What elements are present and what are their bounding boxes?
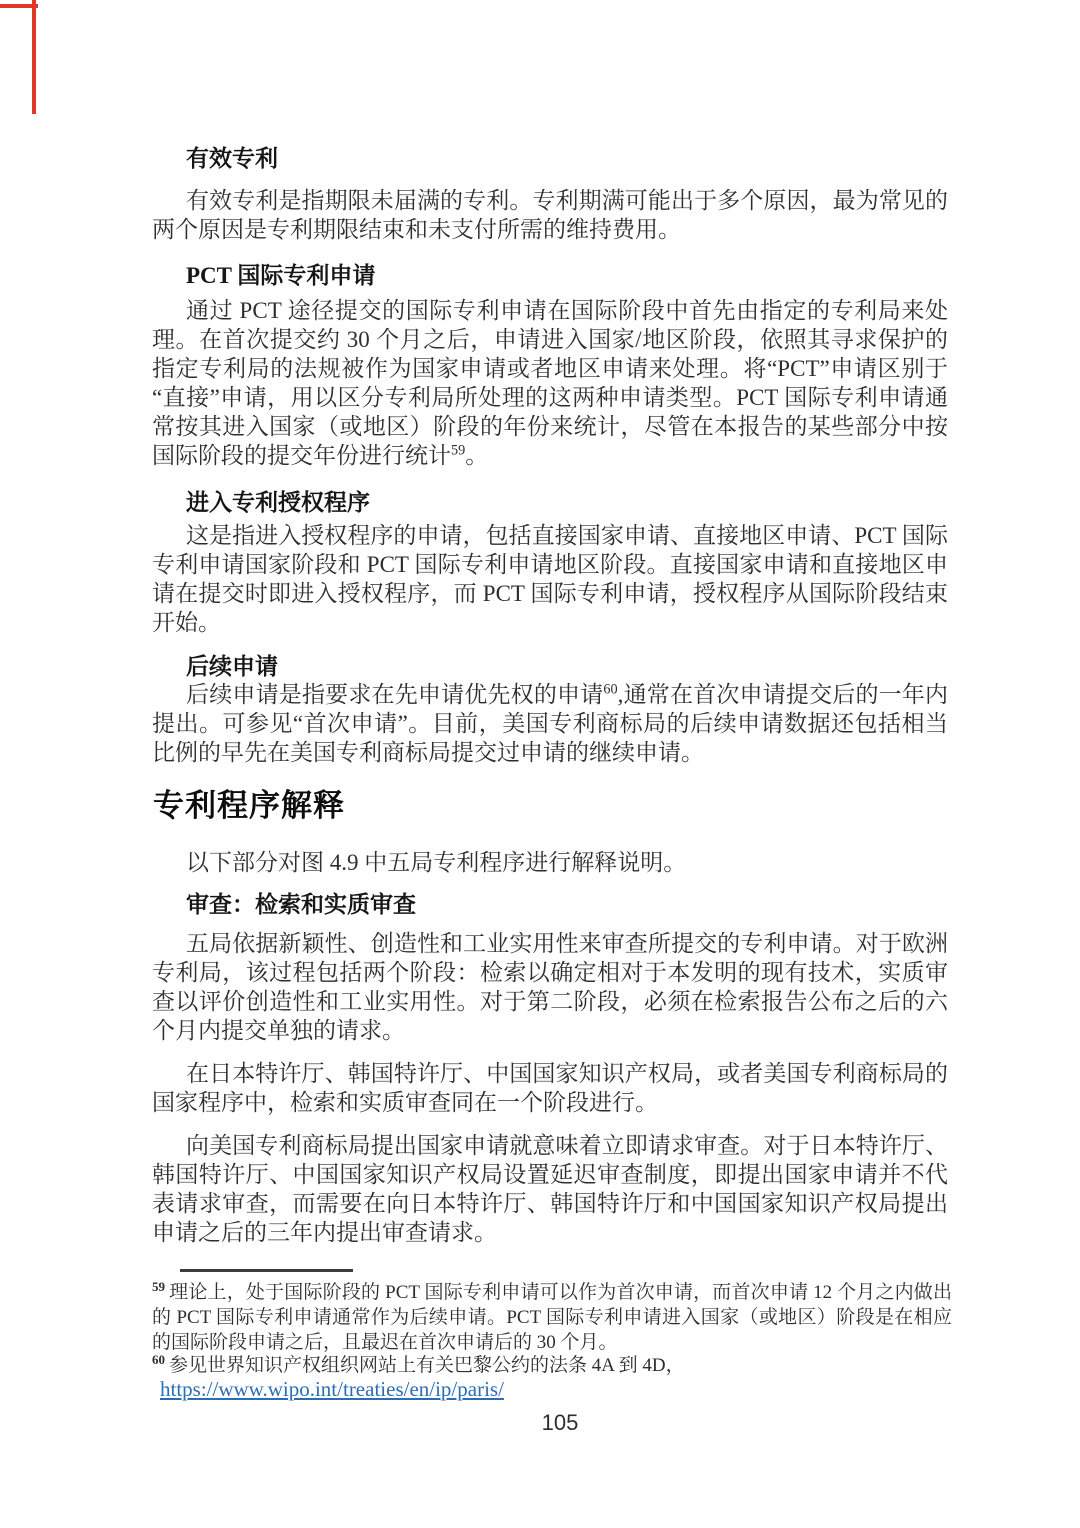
pct-text: 通过 PCT 途径提交的国际专利申请在国际阶段中首先由指定的专利局来处理。在首次… <box>152 298 948 468</box>
red-corner-mark-vertical <box>32 0 36 114</box>
footnote-60-text: 参见世界知识产权组织网站上有关巴黎公约的法条 4A 到 4D， <box>169 1355 685 1376</box>
footnote-separator <box>180 1269 353 1272</box>
paragraph-subsequent-applications: 后续申请是指要求在先申请优先权的申请60,通常在首次申请提交后的一年内提出。可参… <box>152 680 948 767</box>
paragraph-examination-1: 五局依据新颖性、创造性和工业实用性来审查所提交的专利申请。对于欧洲专利局，该过程… <box>152 929 948 1045</box>
footnote-ref-59: 59 <box>451 442 465 458</box>
heading-pct-applications: PCT 国际专利申请 <box>186 261 375 290</box>
footnote-59-marker: 59 <box>152 1279 169 1294</box>
heading-valid-patents: 有效专利 <box>186 144 278 173</box>
footnote-ref-60: 60 <box>603 681 617 697</box>
heading-grant-procedure: 进入专利授权程序 <box>186 488 370 517</box>
paragraph-pct-applications: 通过 PCT 途径提交的国际专利申请在国际阶段中首先由指定的专利局来处理。在首次… <box>152 296 948 470</box>
page-number: 105 <box>152 1410 968 1436</box>
paragraph-examination-2: 在日本特许厅、韩国特许厅、中国国家知识产权局，或者美国专利商标局的国家程序中，检… <box>152 1059 948 1117</box>
paragraph-grant-procedure: 这是指进入授权程序的申请，包括直接国家申请、直接地区申请、PCT 国际专利申请国… <box>152 521 948 637</box>
paragraph-explain-intro: 以下部分对图 4.9 中五局专利程序进行解释说明。 <box>152 848 948 877</box>
section-heading-patent-procedure-explained: 专利程序解释 <box>153 786 345 826</box>
footnote-59-text: 理论上，处于国际阶段的 PCT 国际专利申请可以作为首次申请，而首次申请 12 … <box>152 1282 952 1353</box>
paragraph-examination-3: 向美国专利商标局提出国家申请就意味着立即请求审查。对于日本特许厅、韩国特许厅、中… <box>152 1131 948 1247</box>
footnote-60-marker: 60 <box>152 1352 169 1367</box>
footnote-60: 60参见世界知识产权组织网站上有关巴黎公约的法条 4A 到 4D， <box>152 1353 952 1378</box>
document-page: 有效专利 有效专利是指期限未届满的专利。专利期满可能出于多个原因，最为常见的两个… <box>0 0 1080 1528</box>
heading-examination-search: 审查：检索和实质审查 <box>186 890 416 919</box>
paragraph-valid-patents: 有效专利是指期限未届满的专利。专利期满可能出于多个原因，最为常见的两个原因是专利… <box>152 186 948 244</box>
heading-subsequent-applications: 后续申请 <box>186 652 278 681</box>
wipo-paris-treaty-link[interactable]: https://www.wipo.int/treaties/en/ip/pari… <box>160 1377 504 1402</box>
subsequent-text: 后续申请是指要求在先申请优先权的申请 <box>186 682 603 707</box>
footnote-59: 59理论上，处于国际阶段的 PCT 国际专利申请可以作为首次申请，而首次申请 1… <box>152 1280 952 1355</box>
pct-text-end: 。 <box>465 443 488 468</box>
